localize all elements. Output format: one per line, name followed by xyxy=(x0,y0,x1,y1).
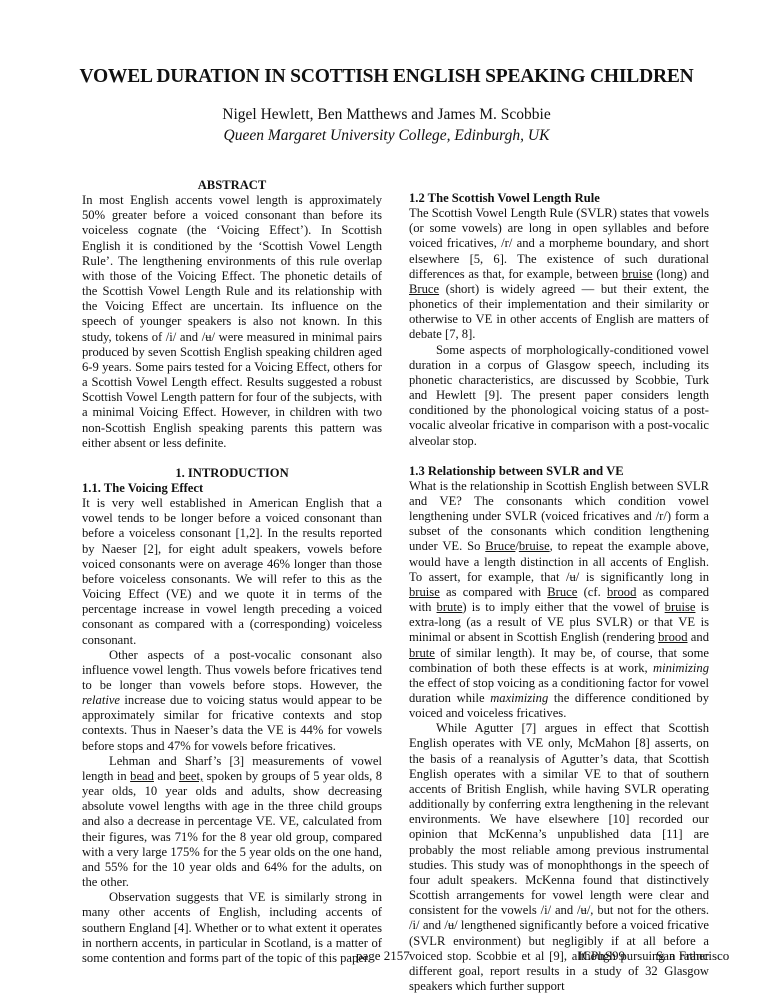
example-word: Bruce xyxy=(409,282,439,296)
paragraph: What is the relationship in Scottish Eng… xyxy=(409,479,709,722)
example-word: brood xyxy=(607,585,636,599)
paragraph: Observation suggests that VE is similarl… xyxy=(82,890,382,966)
subsection-heading-voicing-effect: 1.1. The Voicing Effect xyxy=(82,481,382,496)
abstract-heading: ABSTRACT xyxy=(82,178,382,193)
subsection-heading-svlr-ve: 1.3 Relationship between SVLR and VE xyxy=(409,464,709,479)
example-word: brute xyxy=(437,600,463,614)
abstract-text: In most English accents vowel length is … xyxy=(82,193,382,451)
right-column: 1.2 The Scottish Vowel Length Rule The S… xyxy=(409,191,709,994)
text: as compared with xyxy=(440,585,548,599)
paragraph: The Scottish Vowel Length Rule (SVLR) st… xyxy=(409,206,709,342)
example-word: bruise xyxy=(622,267,653,281)
italic-term: maximizing xyxy=(490,691,548,705)
left-column: ABSTRACT In most English accents vowel l… xyxy=(82,178,382,966)
text: (cf. xyxy=(577,585,607,599)
paragraph: Other aspects of a post-vocalic consonan… xyxy=(82,648,382,754)
authors: Nigel Hewlett, Ben Matthews and James M.… xyxy=(0,104,773,125)
example-word: bead xyxy=(130,769,154,783)
example-word: Bruce xyxy=(547,585,577,599)
text: and xyxy=(154,769,179,783)
paragraph: Lehman and Sharf’s [3] measurements of v… xyxy=(82,754,382,890)
author-block: Nigel Hewlett, Ben Matthews and James M.… xyxy=(0,104,773,146)
page-number: page 2157 xyxy=(356,948,410,964)
text: (short) is widely agreed — but their ext… xyxy=(409,282,709,341)
example-word: brood xyxy=(658,630,687,644)
example-word: Bruce xyxy=(485,539,515,553)
affiliation: Queen Margaret University College, Edinb… xyxy=(0,125,773,146)
conference-location: San Francisco xyxy=(656,948,729,964)
italic-term: relative xyxy=(82,693,120,707)
text: and xyxy=(688,630,710,644)
section-heading-introduction: 1. INTRODUCTION xyxy=(82,466,382,481)
conference-name: ICPhS99 xyxy=(578,948,625,964)
example-word: bruise xyxy=(665,600,696,614)
example-word: beet, xyxy=(179,769,203,783)
text: (long) and xyxy=(653,267,709,281)
italic-term: minimizing xyxy=(653,661,709,675)
text: spoken by groups of 5 year olds, 8 year … xyxy=(82,769,382,889)
text: ) is to imply either that the vowel of xyxy=(462,600,664,614)
example-word: bruise xyxy=(519,539,550,553)
subsection-heading-svlr: 1.2 The Scottish Vowel Length Rule xyxy=(409,191,709,206)
paper-title: VOWEL DURATION IN SCOTTISH ENGLISH SPEAK… xyxy=(0,66,773,88)
example-word: brute xyxy=(409,646,435,660)
paragraph: It is very well established in American … xyxy=(82,496,382,648)
example-word: bruise xyxy=(409,585,440,599)
text: increase due to voicing status would app… xyxy=(82,693,382,752)
paragraph: Some aspects of morphologically-conditio… xyxy=(409,343,709,449)
text: Other aspects of a post-vocalic consonan… xyxy=(82,648,382,692)
